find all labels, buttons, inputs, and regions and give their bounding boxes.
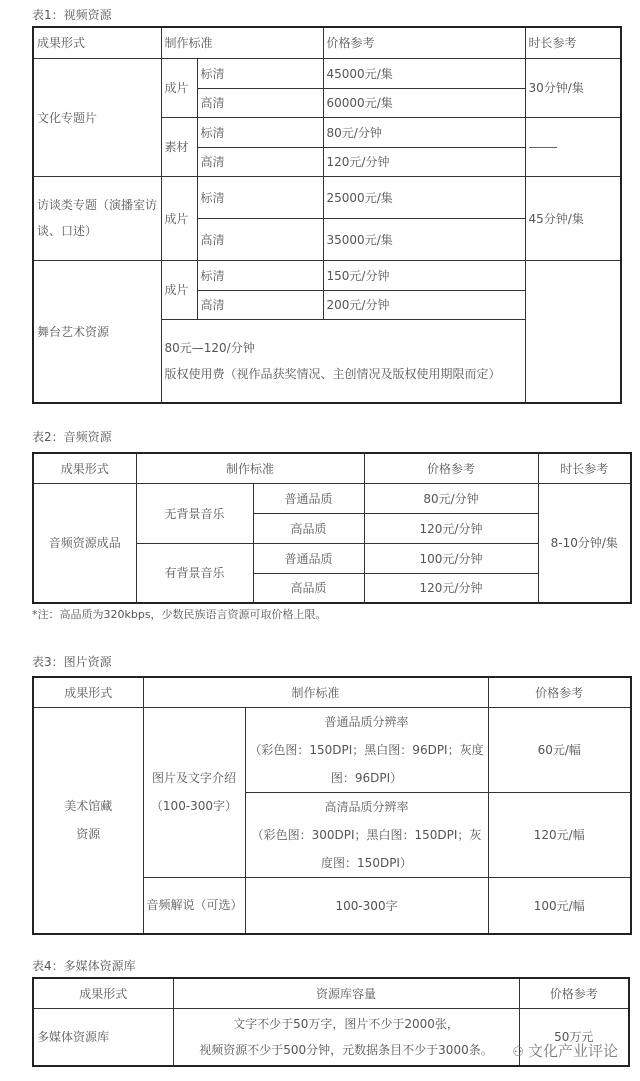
quality-cell: 高品质 <box>253 513 364 543</box>
quality-cell: 普通品质 <box>253 543 364 573</box>
audio-resources-table: 成果形式 制作标准 价格参考 时长参考 音频资源成品 无背景音乐 普通品质 80… <box>32 452 632 604</box>
quality-cell: 标清 <box>197 176 323 218</box>
price-cell: 60000元/集 <box>323 88 525 117</box>
hd-detail: （彩色图：300DPI；黑白图：150DPI；灰度图：150DPI） <box>249 821 485 877</box>
copyright-note: 版权使用费（视作品获奖情况、主创情况及版权使用期限而定） <box>165 361 522 387</box>
form-cell: 多媒体资源库 <box>33 1008 173 1066</box>
capacity-cell: 文字不少于50万字，图片不少于2000张， 视频资源不少于500分钟，元数据条目… <box>173 1008 519 1066</box>
type-cell: 成片 <box>161 176 197 260</box>
price-cell: 120元/分钟 <box>364 573 538 603</box>
type-cell: 成片 <box>161 58 197 117</box>
copyright-price: 80元—120/分钟 <box>165 335 522 361</box>
price-cell: 120元/分钟 <box>323 147 525 176</box>
copyright-cell: 80元—120/分钟 版权使用费（视作品获奖情况、主创情况及版权使用期限而定） <box>161 319 525 403</box>
quality-cell: 普通品质 <box>253 483 364 513</box>
capacity-line: 视频资源不少于500分钟，元数据条目不少于3000条。 <box>177 1037 516 1063</box>
duration-cell <box>525 117 621 176</box>
price-cell: 25000元/集 <box>323 176 525 218</box>
form-cell: 文化专题片 <box>33 58 161 176</box>
header-cell: 时长参考 <box>538 453 631 483</box>
duration-cell: 45分钟/集 <box>525 176 621 260</box>
duration-cell <box>525 260 621 403</box>
quality-cell: 标清 <box>197 58 323 88</box>
header-cell: 制作标准 <box>136 453 364 483</box>
capacity-line: 文字不少于50万字，图片不少于2000张， <box>177 1011 516 1037</box>
table4-caption: 表4：多媒体资源库 <box>32 957 136 974</box>
form-cell: 访谈类专题（演播室访谈、口述） <box>33 176 161 260</box>
form-cell: 音频资源成品 <box>33 483 136 603</box>
quality-cell: 标清 <box>197 260 323 290</box>
audio-label-cell: 音频解说（可选） <box>143 877 245 934</box>
duration-cell: 8-10分钟/集 <box>538 483 631 603</box>
header-cell: 资源库容量 <box>173 978 519 1008</box>
price-cell: 80元/分钟 <box>323 117 525 147</box>
header-cell: 价格参考 <box>323 27 525 58</box>
watermark-text: 文化产业评论 <box>528 1042 618 1060</box>
quality-cell: 高清 <box>197 290 323 319</box>
group-cell: 有背景音乐 <box>136 543 253 603</box>
table2-caption: 表2：音频资源 <box>32 428 112 445</box>
quality-cell: 标清 <box>197 117 323 147</box>
group-cell: 无背景音乐 <box>136 483 253 543</box>
type-cell: 素材 <box>161 117 197 176</box>
price-cell: 80元/分钟 <box>364 483 538 513</box>
price-cell: 200元/分钟 <box>323 290 525 319</box>
price-cell: 45000元/集 <box>323 58 525 88</box>
price-cell: 120元/分钟 <box>364 513 538 543</box>
quality-cell: 高清 <box>197 147 323 176</box>
price-cell: 100元/分钟 <box>364 543 538 573</box>
price-cell: 150元/分钟 <box>323 260 525 290</box>
watermark: ⚇文化产业评论 <box>512 1040 618 1061</box>
video-resources-table: 成果形式 制作标准 价格参考 时长参考 文化专题片 成片 标清 45000元/集… <box>32 26 622 404</box>
price-cell: 100元/幅 <box>488 877 631 934</box>
header-cell: 制作标准 <box>143 677 488 707</box>
price-cell: 60元/幅 <box>488 707 631 792</box>
form-cell: 美术馆藏资源 <box>33 707 143 934</box>
normal-detail: （彩色图：150DPI；黑白图：96DPI；灰度图：96DPI） <box>249 736 485 792</box>
table3-caption: 表3：图片资源 <box>32 653 112 670</box>
duration-cell: 30分钟/集 <box>525 58 621 117</box>
header-cell: 价格参考 <box>488 677 631 707</box>
img-text-cell: 图片及文字介绍（100-300字） <box>143 707 245 877</box>
header-cell: 价格参考 <box>364 453 538 483</box>
header-cell: 成果形式 <box>33 677 143 707</box>
header-cell: 时长参考 <box>525 27 621 58</box>
dash-placeholder <box>529 147 557 148</box>
header-cell: 价格参考 <box>519 978 629 1008</box>
audio-note: *注：高品质为320kbps，少数民族语言资源可取价格上限。 <box>32 606 327 622</box>
header-cell: 成果形式 <box>33 453 136 483</box>
quality-cell: 高清 <box>197 88 323 117</box>
type-cell: 成片 <box>161 260 197 319</box>
quality-cell: 高清 <box>197 218 323 260</box>
header-cell: 成果形式 <box>33 978 173 1008</box>
table1-caption: 表1：视频资源 <box>32 6 112 23</box>
price-cell: 120元/幅 <box>488 792 631 877</box>
standard-cell: 普通品质分辨率 （彩色图：150DPI；黑白图：96DPI；灰度图：96DPI） <box>245 707 488 792</box>
price-cell: 35000元/集 <box>323 218 525 260</box>
normal-title: 普通品质分辨率 <box>249 708 485 736</box>
standard-cell: 100-300字 <box>245 877 488 934</box>
hd-title: 高清品质分辨率 <box>249 793 485 821</box>
quality-cell: 高品质 <box>253 573 364 603</box>
standard-cell: 高清品质分辨率 （彩色图：300DPI；黑白图：150DPI；灰度图：150DP… <box>245 792 488 877</box>
header-cell: 成果形式 <box>33 27 161 58</box>
wechat-icon: ⚇ <box>512 1045 524 1060</box>
form-cell: 舞台艺术资源 <box>33 260 161 403</box>
image-resources-table: 成果形式 制作标准 价格参考 美术馆藏资源 图片及文字介绍（100-300字） … <box>32 676 632 935</box>
header-cell: 制作标准 <box>161 27 323 58</box>
